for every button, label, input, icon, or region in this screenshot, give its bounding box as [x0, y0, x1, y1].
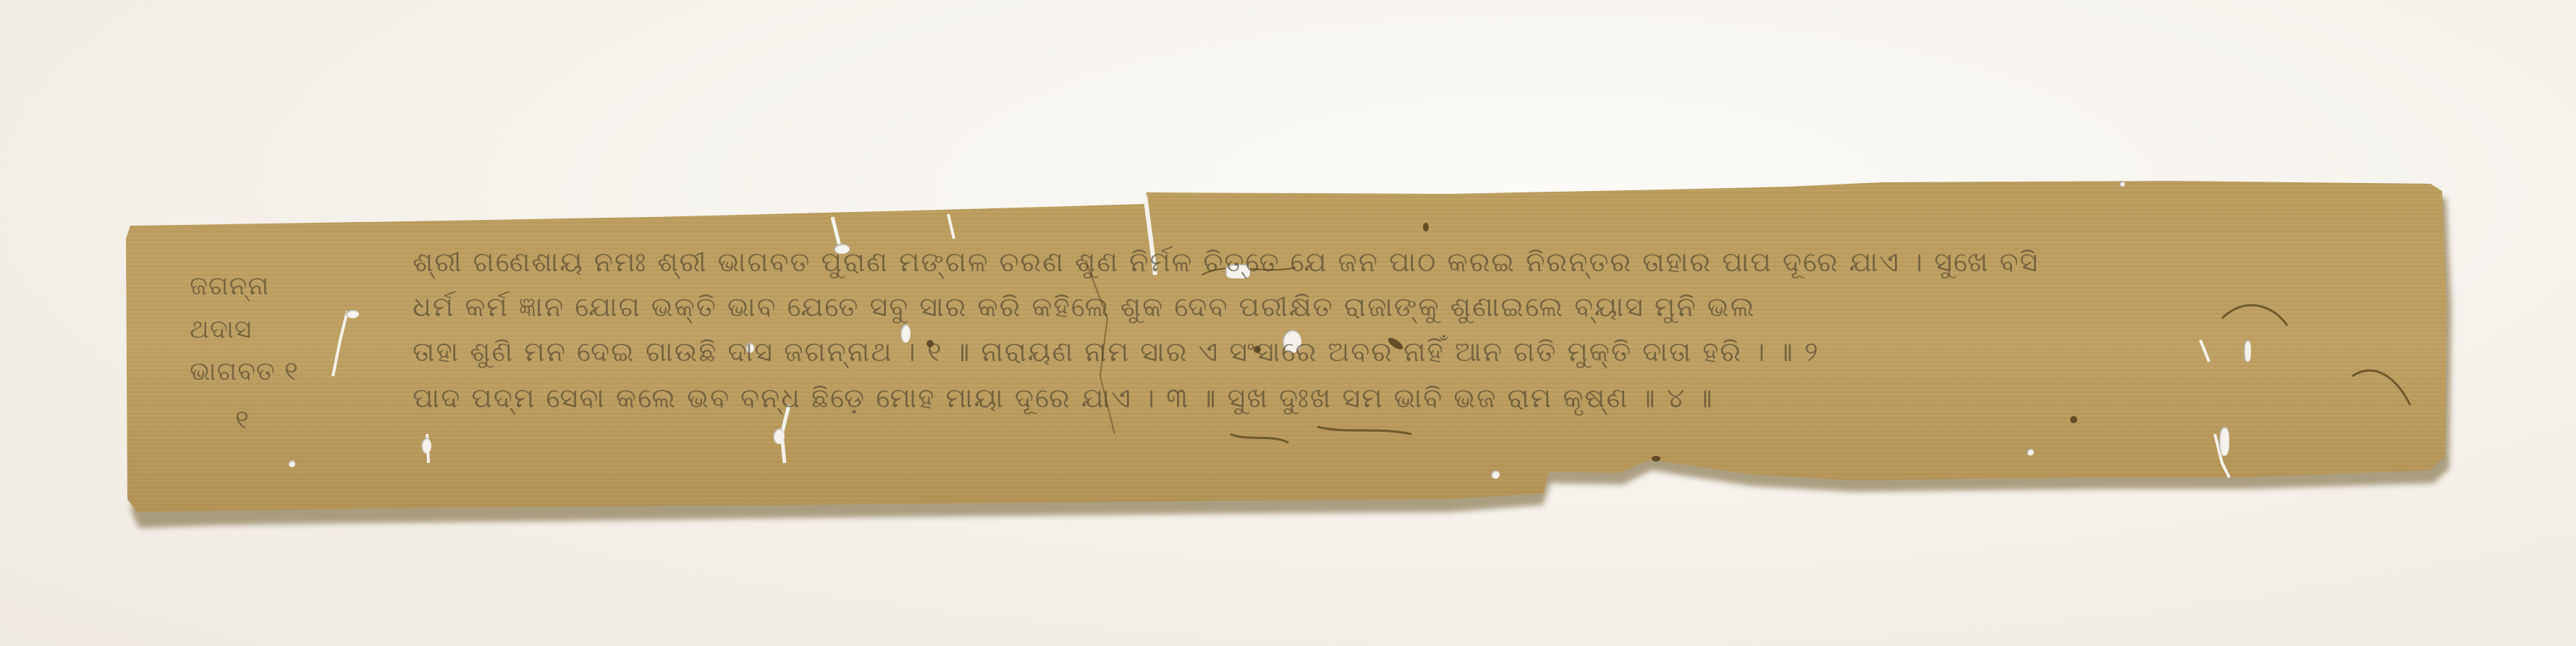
worm-hole — [421, 438, 431, 454]
margin-line: ଥଦାସ — [190, 315, 252, 345]
worm-hole — [1491, 470, 1500, 479]
text-line-3: ତାହା ଶୁଣି ମନ ଦେଇ ଗାଉଛି ଦାସ ଜଗନ୍ନାଥ । ୧ ॥… — [413, 336, 1820, 368]
ink-speck — [1652, 456, 1660, 462]
worm-hole — [2119, 181, 2125, 187]
ink-speck — [2070, 416, 2077, 423]
worm-hole — [773, 428, 785, 444]
worm-hole — [2244, 340, 2251, 362]
worm-hole — [2219, 427, 2229, 456]
text-line-2: ଧର୍ମ କର୍ମ ଜ୍ଞାନ ଯୋଗ ଭକ୍ତି ଭାବ ଯେତେ ସବୁ ସ… — [413, 291, 1756, 323]
worm-hole — [346, 310, 359, 318]
ink-speck — [1423, 223, 1429, 231]
text-line-4: ପାଦ ପଦ୍ମ ସେବା କଲେ ଭବ ବନ୍ଧ ଛିଡ଼େ ମୋହ ମାୟା… — [413, 382, 1714, 415]
worm-hole — [2027, 449, 2034, 456]
worm-hole — [288, 460, 295, 467]
margin-line: ଜଗନ୍ନା — [190, 271, 269, 302]
margin-line: ଭାଗବତ ୧ — [190, 357, 299, 387]
margin-line: ୧ — [235, 405, 250, 435]
text-line-1: ଶ୍ରୀ ଗଣେଶାୟ ନମଃ ଶ୍ରୀ ଭାଗବତ ପୁରାଣ ମଙ୍ଗଳ ଚ… — [413, 246, 2039, 279]
